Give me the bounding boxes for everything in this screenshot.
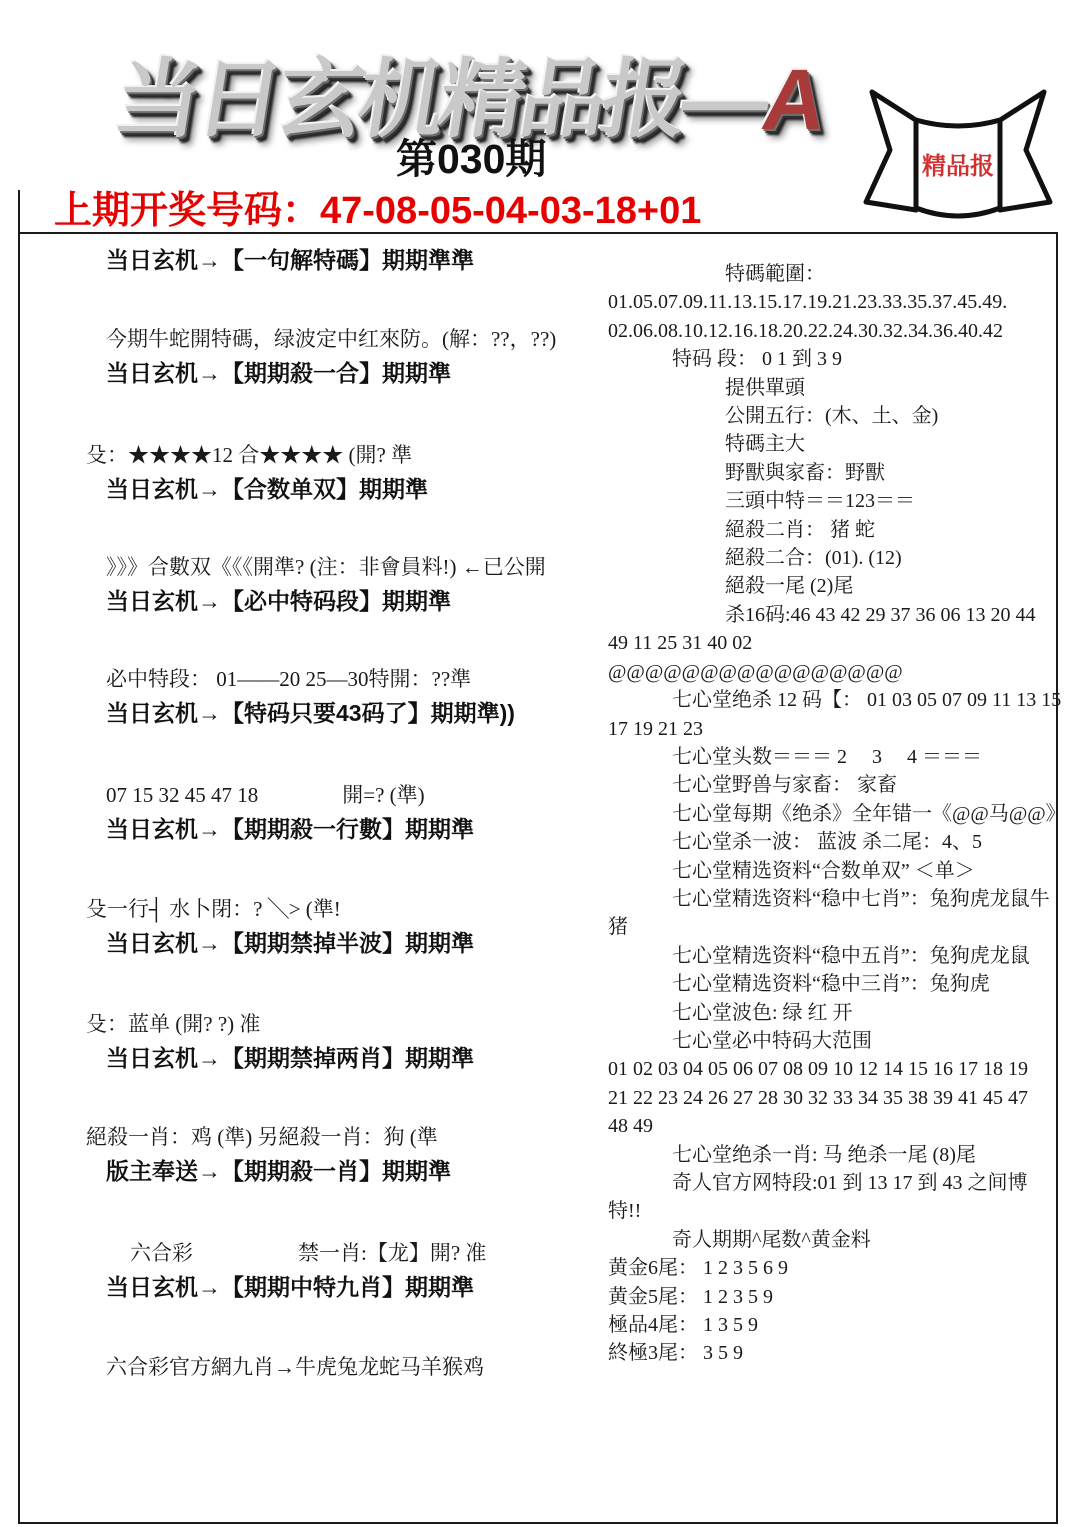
- info-line: 七心堂野兽与家畜： 家畜: [608, 771, 1060, 799]
- page: 当日玄机精品报—A 第030期 上期开奖号码：47-08-05-04-03-18…: [0, 0, 1080, 1527]
- tip-heading-line: 当日玄机→【期期殺一合】期期準: [106, 356, 590, 390]
- tip-content-line: 六合彩 禁一肖:【龙】開? 准: [130, 1236, 590, 1270]
- tip-heading-line: 当日玄机→【期期殺一行數】期期準: [106, 812, 590, 846]
- info-line: 七心堂头数＝＝＝ 2 3 4 ＝＝＝: [608, 743, 1060, 771]
- info-line: 48 49: [608, 1112, 1060, 1140]
- info-line: 特碼範圍：: [608, 260, 1060, 288]
- tip-content-line: 必中特段： 01——20 25—30特開：??準: [106, 662, 590, 696]
- tip-content-line: 殳：★★★★12 合★★★★ (開? 準: [86, 438, 590, 472]
- tip-content-line: 殳：蓝单 (開? ?) 准: [86, 1007, 590, 1041]
- ribbon-label: 精品报: [922, 152, 994, 180]
- left-column: 当日玄机→【一句解特碼】期期準準今期牛蛇開特碼，绿波定中红來防。(解：??，??…: [20, 234, 595, 1522]
- info-line: 奇人期期^尾数^黄金料: [608, 1226, 1060, 1254]
- info-line: 公開五行：(木、土、金): [608, 402, 1060, 430]
- tip-heading-line: 当日玄机→【必中特码段】期期準: [106, 584, 590, 618]
- tip-content-line: 六合彩官方網九肖→牛虎兔龙蛇马羊猴鸡: [106, 1350, 590, 1384]
- info-line: 黄金6尾： 1 2 3 5 6 9: [608, 1254, 1060, 1282]
- tip-heading-line: 当日玄机→【一句解特碼】期期準準: [106, 243, 590, 277]
- tip-heading-line: 当日玄机→【期期中特九肖】期期準: [106, 1270, 590, 1304]
- info-line: 七心堂杀一波： 蓝波 杀二尾：4、5: [608, 828, 1060, 856]
- info-line: 特!!: [608, 1197, 1060, 1225]
- info-line: 七心堂必中特码大范围: [608, 1027, 1060, 1055]
- info-line: 17 19 21 23: [608, 715, 1060, 743]
- info-line: 特碼主大: [608, 430, 1060, 458]
- tip-content-line: 絕殺一肖：鸡 (準) 另絕殺一肖：狗 (準: [86, 1120, 590, 1154]
- info-line: 21 22 23 24 26 27 28 30 32 33 34 35 38 3…: [608, 1084, 1060, 1112]
- info-line: 特码 段： 0 1 到 3 9: [608, 345, 1060, 373]
- info-line: 七心堂精选资料“稳中五肖”：兔狗虎龙鼠: [608, 942, 1060, 970]
- issue-number: 第030期: [396, 126, 546, 185]
- ribbon-banner-icon: 精品报: [858, 58, 1058, 236]
- info-line: 絕殺二合：(01). (12): [608, 544, 1060, 572]
- info-line: 黄金5尾： 1 2 3 5 9: [608, 1283, 1060, 1311]
- tip-content-line: 07 15 32 45 47 18 開=? (準): [106, 778, 590, 812]
- tip-heading-line: 当日玄机→【合数单双】期期準: [106, 472, 590, 506]
- info-line: 三頭中特＝＝123＝＝: [608, 487, 1060, 515]
- left-tip-group: 今期牛蛇開特碼，绿波定中红來防。(解：??，??)当日玄机→【期期殺一合】期期準: [20, 322, 590, 390]
- tip-heading-line: 当日玄机→【期期禁掉两肖】期期準: [106, 1041, 590, 1075]
- info-line: 奇人官方网特段:01 到 13 17 到 43 之间博: [608, 1169, 1060, 1197]
- info-line: 絕殺二肖： 猪 蛇: [608, 516, 1060, 544]
- info-line: 極品4尾： 1 3 5 9: [608, 1311, 1060, 1339]
- info-line: 提供單頭: [608, 374, 1060, 402]
- info-line: 終極3尾： 3 5 9: [608, 1339, 1060, 1367]
- tip-heading-line: 当日玄机→【特码只要43码了】期期準)): [106, 696, 590, 730]
- tip-content-line: 殳一行┤ 水卜閉：? ╲> (準!: [86, 892, 590, 926]
- left-tip-group: 当日玄机→【一句解特碼】期期準準: [20, 243, 590, 277]
- info-line: 七心堂精选资料“稳中三肖”：兔狗虎: [608, 970, 1060, 998]
- left-tip-group: 殳一行┤ 水卜閉：? ╲> (準!当日玄机→【期期禁掉半波】期期準: [20, 892, 590, 960]
- tip-heading-line: 版主奉送→【期期殺一肖】期期準: [106, 1154, 590, 1188]
- tip-heading-line: 当日玄机→【期期禁掉半波】期期準: [106, 926, 590, 960]
- info-line: 七心堂绝杀 12 码【： 01 03 05 07 09 11 13 15: [608, 686, 1060, 714]
- info-line: 七心堂每期《绝杀》全年错一《@@马@@》: [608, 800, 1060, 828]
- left-tip-group: 殳：蓝单 (開? ?) 准当日玄机→【期期禁掉两肖】期期準: [20, 1007, 590, 1075]
- left-tip-group: 》》》合數双《《《開準? (注：非會員料!) ←已公開当日玄机→【必中特码段】期…: [20, 550, 590, 618]
- last-draw-numbers: 上期开奖号码：47-08-05-04-03-18+01: [54, 179, 701, 234]
- right-column: 特碼範圍：01.05.07.09.11.13.15.17.19.21.23.33…: [608, 260, 1060, 1368]
- left-tip-group: 六合彩官方網九肖→牛虎兔龙蛇马羊猴鸡: [20, 1350, 590, 1384]
- left-tip-group: 六合彩 禁一肖:【龙】開? 准当日玄机→【期期中特九肖】期期準: [20, 1236, 590, 1304]
- info-line: 野獸與家畜：野獸: [608, 459, 1060, 487]
- left-tip-group: 07 15 32 45 47 18 開=? (準)当日玄机→【期期殺一行數】期期…: [20, 778, 590, 846]
- frame-left-stub: [18, 190, 20, 234]
- info-line: 七心堂精选资料“稳中七肖”：兔狗虎龙鼠牛: [608, 885, 1060, 913]
- tip-content-line: 》》》合數双《《《開準? (注：非會員料!) ←已公開: [106, 550, 590, 584]
- info-line: @@@@@@@@@@@@@@@@: [608, 658, 1060, 686]
- left-tip-group: 必中特段： 01——20 25—30特開：??準当日玄机→【特码只要43码了】期…: [20, 662, 590, 730]
- left-tip-group: 殳：★★★★12 合★★★★ (開? 準当日玄机→【合数单双】期期準: [20, 438, 590, 506]
- info-line: 七心堂波色: 绿 红 开: [608, 999, 1060, 1027]
- info-line: 01.05.07.09.11.13.15.17.19.21.23.33.35.3…: [608, 288, 1060, 316]
- info-line: 絕殺一尾 (2)尾: [608, 572, 1060, 600]
- info-line: 01 02 03 04 05 06 07 08 09 10 12 14 15 1…: [608, 1055, 1060, 1083]
- info-line: 猪: [608, 913, 1060, 941]
- info-line: 七心堂绝杀一肖: 马 绝杀一尾 (8)尾: [608, 1141, 1060, 1169]
- info-line: 七心堂精选资料“合数单双” ＜单＞: [608, 857, 1060, 885]
- info-line: 杀16码:46 43 42 29 37 36 06 13 20 44: [608, 601, 1060, 629]
- info-line: 02.06.08.10.12.16.18.20.22.24.30.32.34.3…: [608, 317, 1060, 345]
- content-frame: 当日玄机→【一句解特碼】期期準準今期牛蛇開特碼，绿波定中红來防。(解：??，??…: [18, 232, 1058, 1524]
- left-tip-group: 絕殺一肖：鸡 (準) 另絕殺一肖：狗 (準版主奉送→【期期殺一肖】期期準: [20, 1120, 590, 1188]
- tip-content-line: 今期牛蛇開特碼，绿波定中红來防。(解：??，??): [106, 322, 590, 356]
- info-line: 49 11 25 31 40 02: [608, 629, 1060, 657]
